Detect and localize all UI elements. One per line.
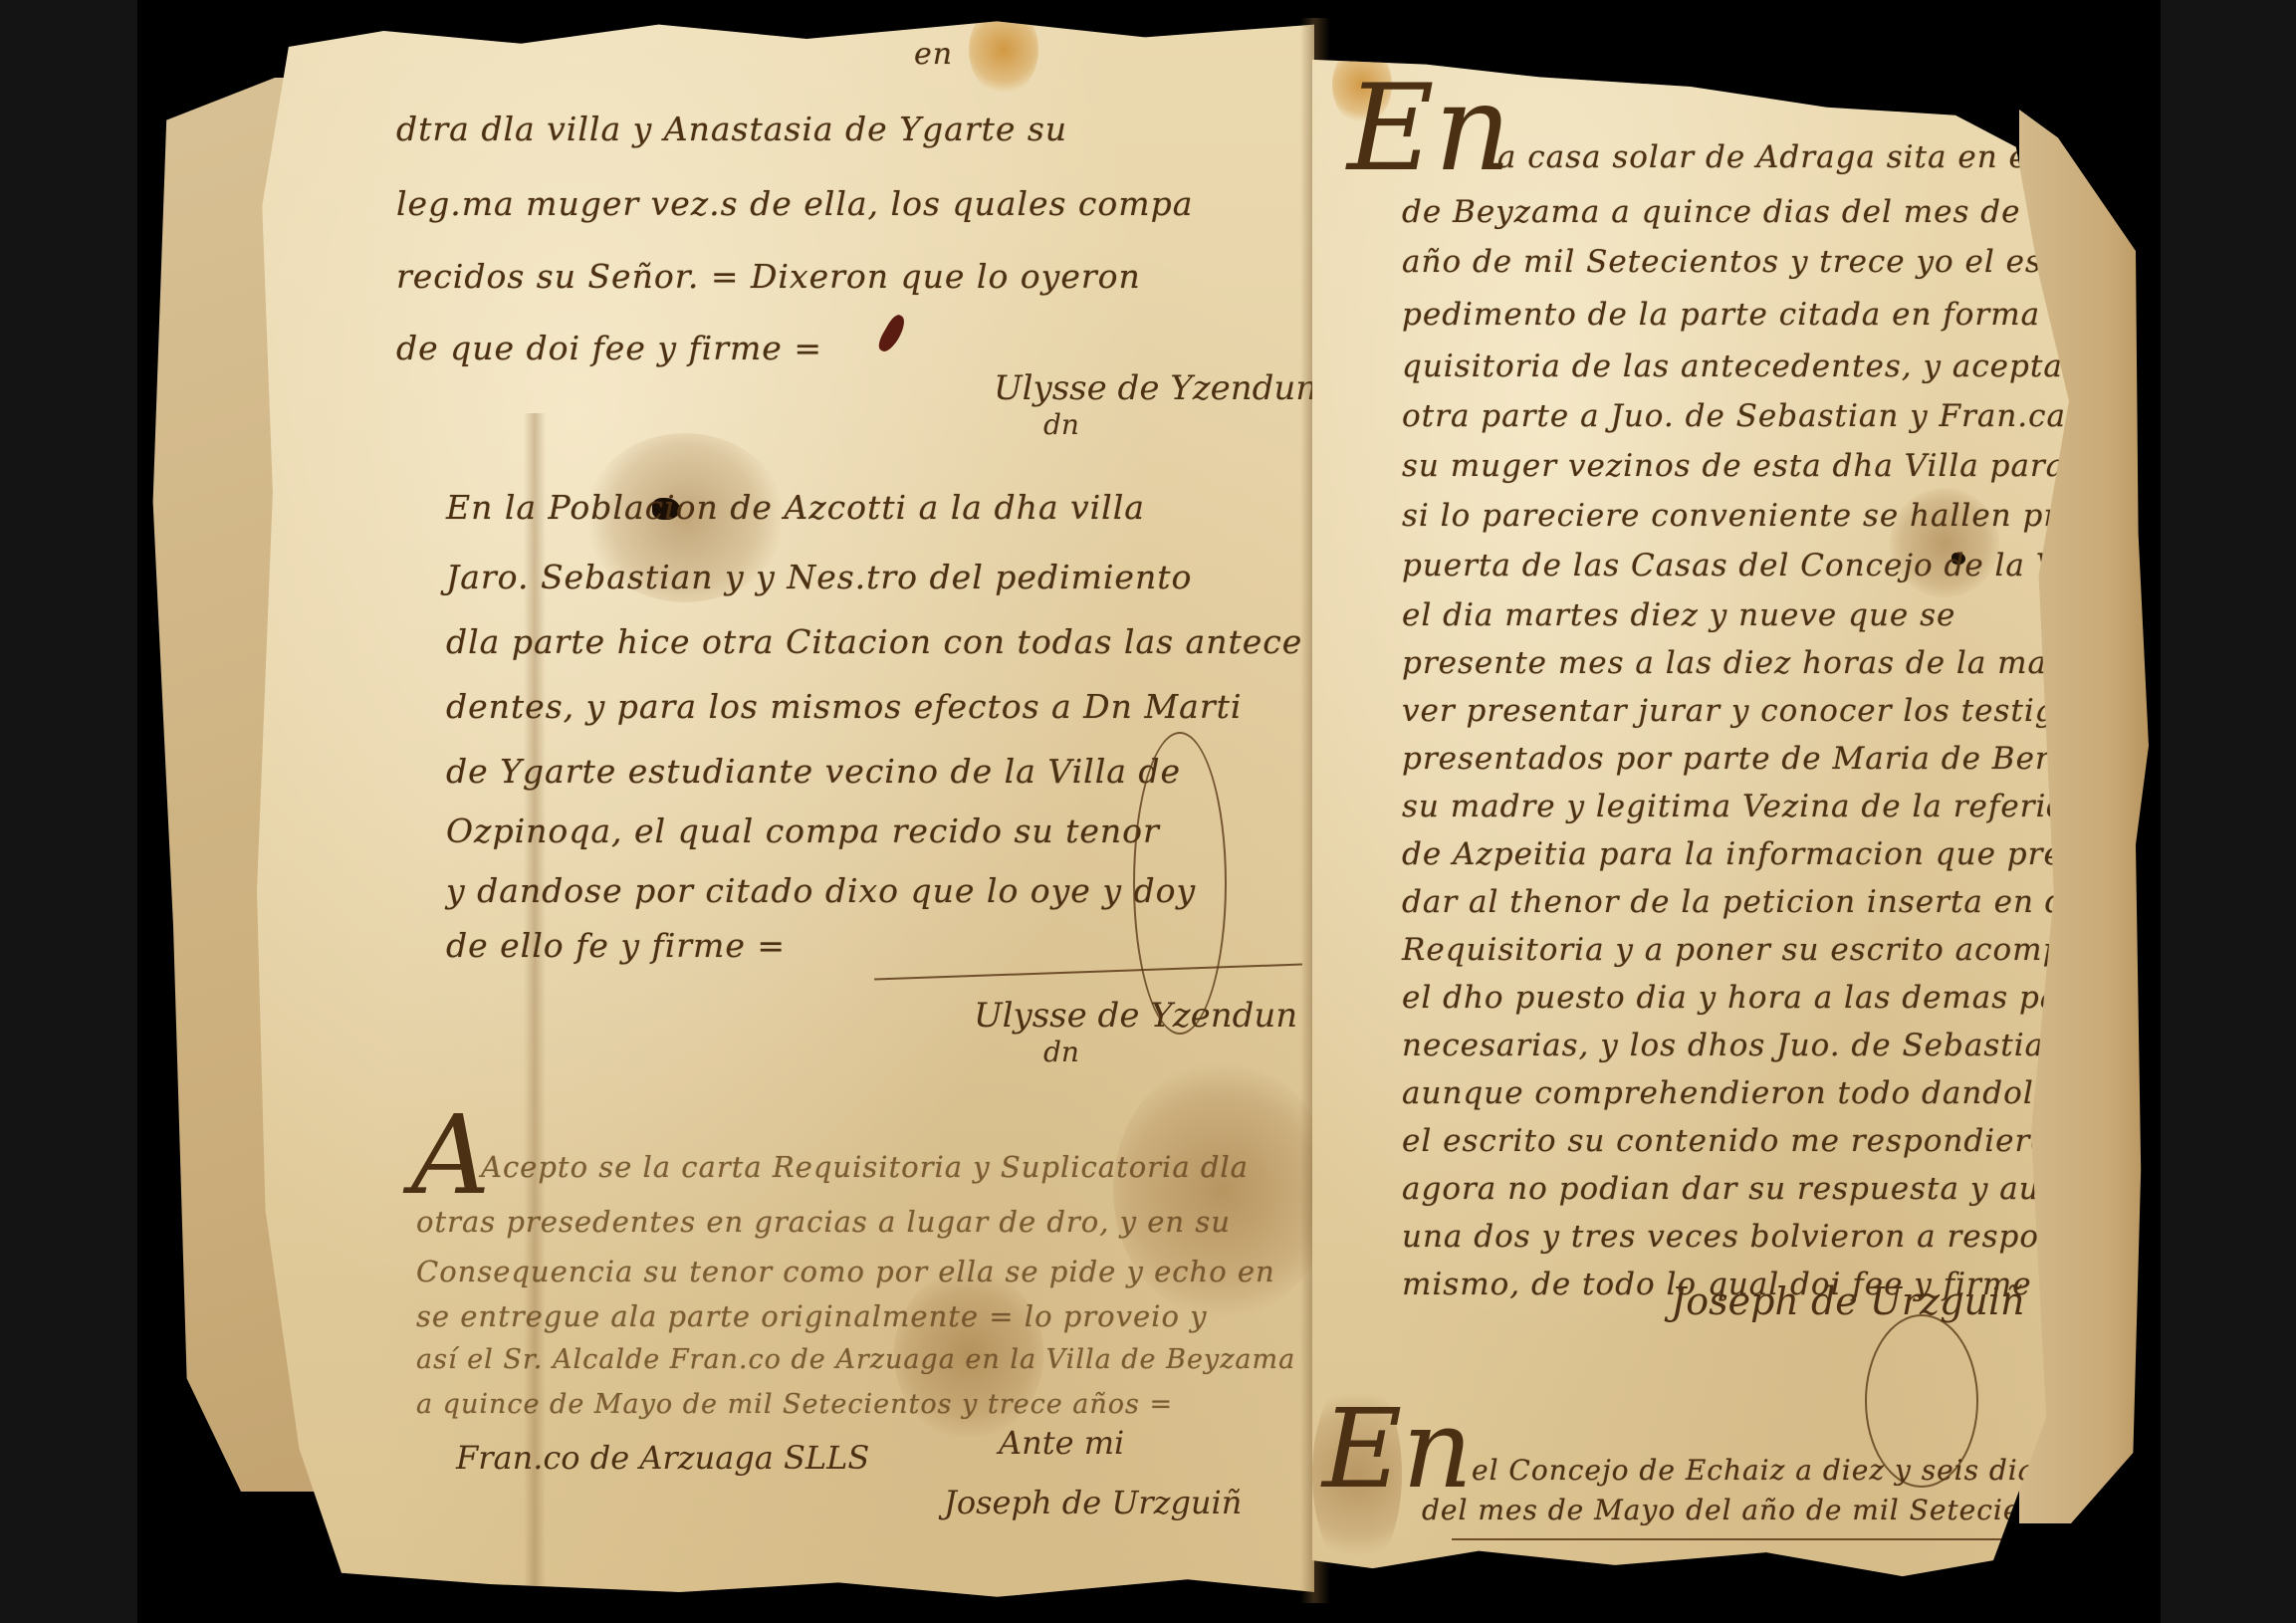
manuscript-line: quisitoria de las antecedentes, y acepta… [1402, 348, 2161, 384]
manuscript-line: de que doi fee y firme = [396, 329, 822, 367]
manuscript-line: su madre y legitima Vezina de la referid… [1402, 789, 2161, 824]
manuscript-line: Ozpinoqa, el qual compa recido su tenor [446, 811, 1160, 850]
manuscript-line: de Azpeitia para la informacion que pret… [1402, 836, 2157, 872]
manuscript-line: se entregue ala parte originalmente = lo… [416, 1299, 1208, 1333]
signature-flourish-line [874, 963, 1302, 980]
manuscript-line: a quince de Mayo de mil Setecientos y tr… [416, 1389, 1173, 1420]
manuscript-line: el dho puesto dia y hora a las demas par… [1402, 980, 2125, 1016]
manuscript-line: recidos su Señor. = Dixeron que lo oyero… [396, 257, 1141, 296]
decorative-initial: En [1322, 1394, 1473, 1504]
manuscript-line: otras presedentes en gracias a lugar de … [416, 1205, 1231, 1239]
decorative-initial: A [411, 1100, 490, 1210]
manuscript-line: dla parte hice otra Citacion con todas l… [446, 622, 1302, 661]
signature-label: Ante mi [999, 1424, 1124, 1462]
manuscript-line: el dia martes diez y nueve que se [1402, 597, 1955, 633]
top-note: en [914, 37, 953, 72]
manuscript-line: si lo pareciere conveniente se hallen pr… [1402, 498, 2161, 534]
manuscript-line: de ello fe y firme = [446, 926, 786, 965]
closing-rule-line [1452, 1538, 2039, 1540]
signature: Joseph de Urzguiñ [1671, 1279, 2025, 1323]
left-page: en dtra dla villa y Anastasia de Ygarte … [257, 15, 1314, 1608]
right-page: En la casa solar de Adraga sita en esta … [1312, 20, 2069, 1608]
signature-name: Fran.co de Arzuaga [456, 1439, 774, 1477]
signature: Joseph de Urzguiñ [944, 1484, 1242, 1521]
rubric-flourish [1133, 732, 1227, 1035]
manuscript-line: dar al thenor de la peticion inserta en … [1402, 884, 2106, 920]
manuscript-line: Requisitoria y a poner su escrito acompa… [1402, 932, 2161, 968]
manuscript-line: así el Sr. Alcalde Fran.co de Arzuaga en… [416, 1344, 1295, 1375]
manuscript-line: otra parte a Juo. de Sebastian y Fran.ca… [1402, 398, 2161, 434]
manuscript-line: presentados por parte de Maria de Berasu… [1402, 741, 2149, 777]
manuscript-line: Jaro. Sebastian y y Nes.tro del pedimien… [446, 558, 1192, 596]
left-letterbox-bar [0, 0, 137, 1623]
signature: Ulysse de Yzendun [994, 368, 1317, 408]
signature-suffix: SLLS [784, 1439, 869, 1477]
signature: Ulysse de Yzendun [974, 996, 1297, 1036]
water-stain [969, 5, 1038, 95]
manuscript-line: el Concejo de Echaiz a diez y seis dias [1472, 1454, 2051, 1487]
manuscript-line: leg.ma muger vez.s de ella, los quales c… [396, 184, 1193, 223]
signature-rubric: dn [1043, 408, 1079, 441]
manuscript-line: En la Poblacion de Azcotti a la dha vill… [446, 488, 1145, 527]
manuscript-line: dtra dla villa y Anastasia de Ygarte su [396, 110, 1067, 148]
manuscript-line: Acepto se la carta Requisitoria y Suplic… [481, 1150, 1249, 1184]
signature: Fran.co de Arzuaga SLLS [456, 1439, 869, 1477]
right-letterbox-bar [2161, 0, 2296, 1623]
manuscript-line: del mes de Mayo del año de mil Setecient… [1422, 1494, 2085, 1526]
manuscript-line: Consequencia su tenor como por ella se p… [416, 1255, 1275, 1288]
manuscript-line: y dandose por citado dixo que lo oye y d… [446, 871, 1196, 910]
manuscript-line: su muger vezinos de esta dha Villa para [1402, 448, 2065, 484]
manuscript-photo: en dtra dla villa y Anastasia de Ygarte … [137, 0, 2161, 1623]
manuscript-line: dentes, y para los mismos efectos a Dn M… [446, 687, 1242, 726]
signature-rubric: dn [1043, 1036, 1079, 1068]
manuscript-line: de Ygarte estudiante vecino de la Villa … [446, 752, 1181, 791]
paper-tear [875, 313, 909, 355]
